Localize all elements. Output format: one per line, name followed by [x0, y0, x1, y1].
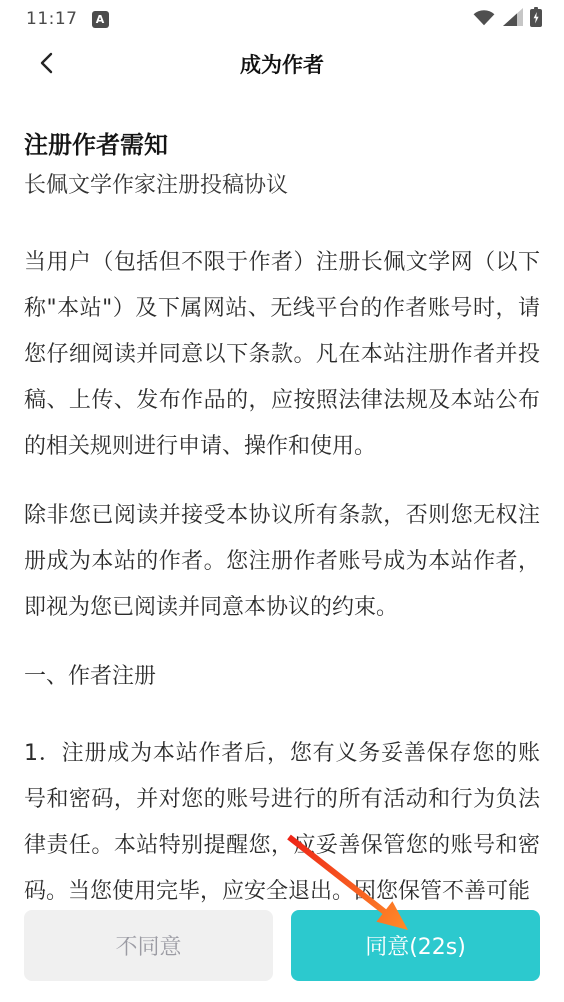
app-header: 成为作者 — [0, 36, 564, 92]
agreement-paragraph-2: 除非您已阅读并接受本协议所有条款，否则您无权注册成为本站的作者。您注册作者账号成… — [24, 493, 540, 631]
agreement-subtitle: 长佩文学作家注册投稿协议 — [24, 171, 540, 201]
agree-countdown-button[interactable]: 同意(22s) — [291, 910, 540, 981]
status-bar: 11:17 A — [0, 0, 564, 36]
battery-charging-icon — [530, 7, 542, 31]
agreement-paragraph-3: 1．注册成为本站作者后，您有义务妥善保存您的账号和密码，并对您的账号进行的所有活… — [24, 731, 540, 915]
cell-signal-icon — [503, 8, 523, 30]
wifi-icon — [472, 8, 496, 30]
footer-action-bar: 不同意 同意(22s) — [0, 910, 564, 1002]
section-heading-author-registration: 一、作者注册 — [24, 654, 540, 700]
agreement-paragraph-1: 当用户（包括但不限于作者）注册长佩文学网（以下称"本站"）及下属网站、无线平台的… — [24, 240, 540, 470]
chevron-left-icon — [36, 50, 58, 79]
back-button[interactable] — [30, 47, 64, 81]
agreement-scroll-area[interactable]: 注册作者需知 长佩文学作家注册投稿协议 当用户（包括但不限于作者）注册长佩文学网… — [0, 128, 564, 915]
disagree-button[interactable]: 不同意 — [24, 910, 273, 981]
agreement-title: 注册作者需知 — [24, 128, 540, 162]
page-title: 成为作者 — [0, 49, 564, 79]
clock: 11:17 — [26, 9, 78, 29]
notification-a-icon: A — [92, 11, 109, 28]
